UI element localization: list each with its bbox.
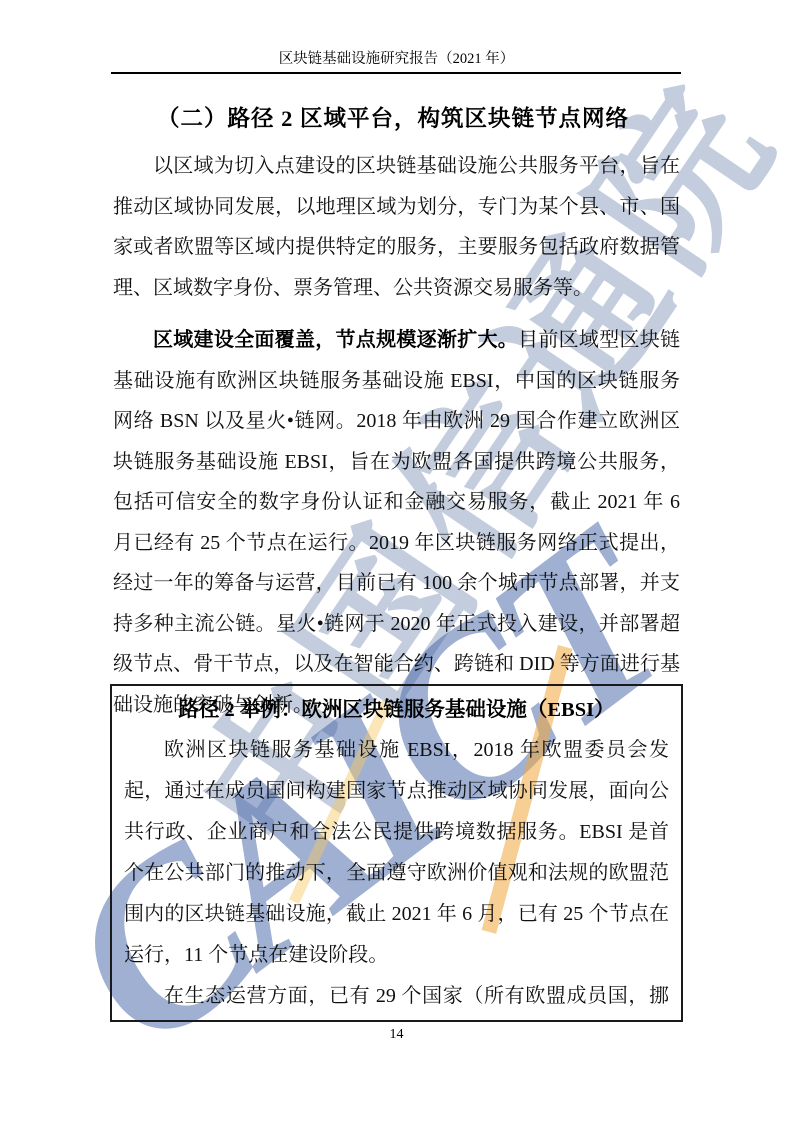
section-heading: （二）路径 2 区域平台，构筑区块链节点网络 xyxy=(113,101,753,133)
example-box-title: 路径 2 举例：欧洲区块链服务基础设施（EBSI） xyxy=(124,690,669,730)
example-box: 路径 2 举例：欧洲区块链服务基础设施（EBSI） 欧洲区块链服务基础设施 EB… xyxy=(110,684,683,1022)
document-page: 中国信通院 CAICT 区块链基础设施研究报告（2021 年） （二）路径 2 … xyxy=(0,0,793,1122)
paragraph-text: 目前区域型区块链基础设施有欧洲区块链服务基础设施 EBSI，中国的区块链服务网络… xyxy=(113,329,680,716)
body-paragraph: 以区域为切入点建设的区块链基础设施公共服务平台，旨在推动区域协同发展，以地理区域… xyxy=(113,146,680,308)
body-paragraph: 区域建设全面覆盖，节点规模逐渐扩大。目前区域型区块链基础设施有欧洲区块链服务基础… xyxy=(113,320,680,725)
header-rule xyxy=(111,72,681,74)
example-box-paragraph: 在生态运营方面，已有 29 个国家（所有欧盟成员国，挪威和利希滕斯坦）和欧盟委员… xyxy=(124,976,669,1022)
example-box-paragraph: 欧洲区块链服务基础设施 EBSI，2018 年欧盟委员会发起，通过在成员国间构建… xyxy=(124,730,669,976)
page-number: 14 xyxy=(0,1027,793,1043)
paragraph-bold-lead: 区域建设全面覆盖，节点规模逐渐扩大。 xyxy=(153,329,518,351)
running-header-title: 区块链基础设施研究报告（2021 年） xyxy=(113,47,680,68)
